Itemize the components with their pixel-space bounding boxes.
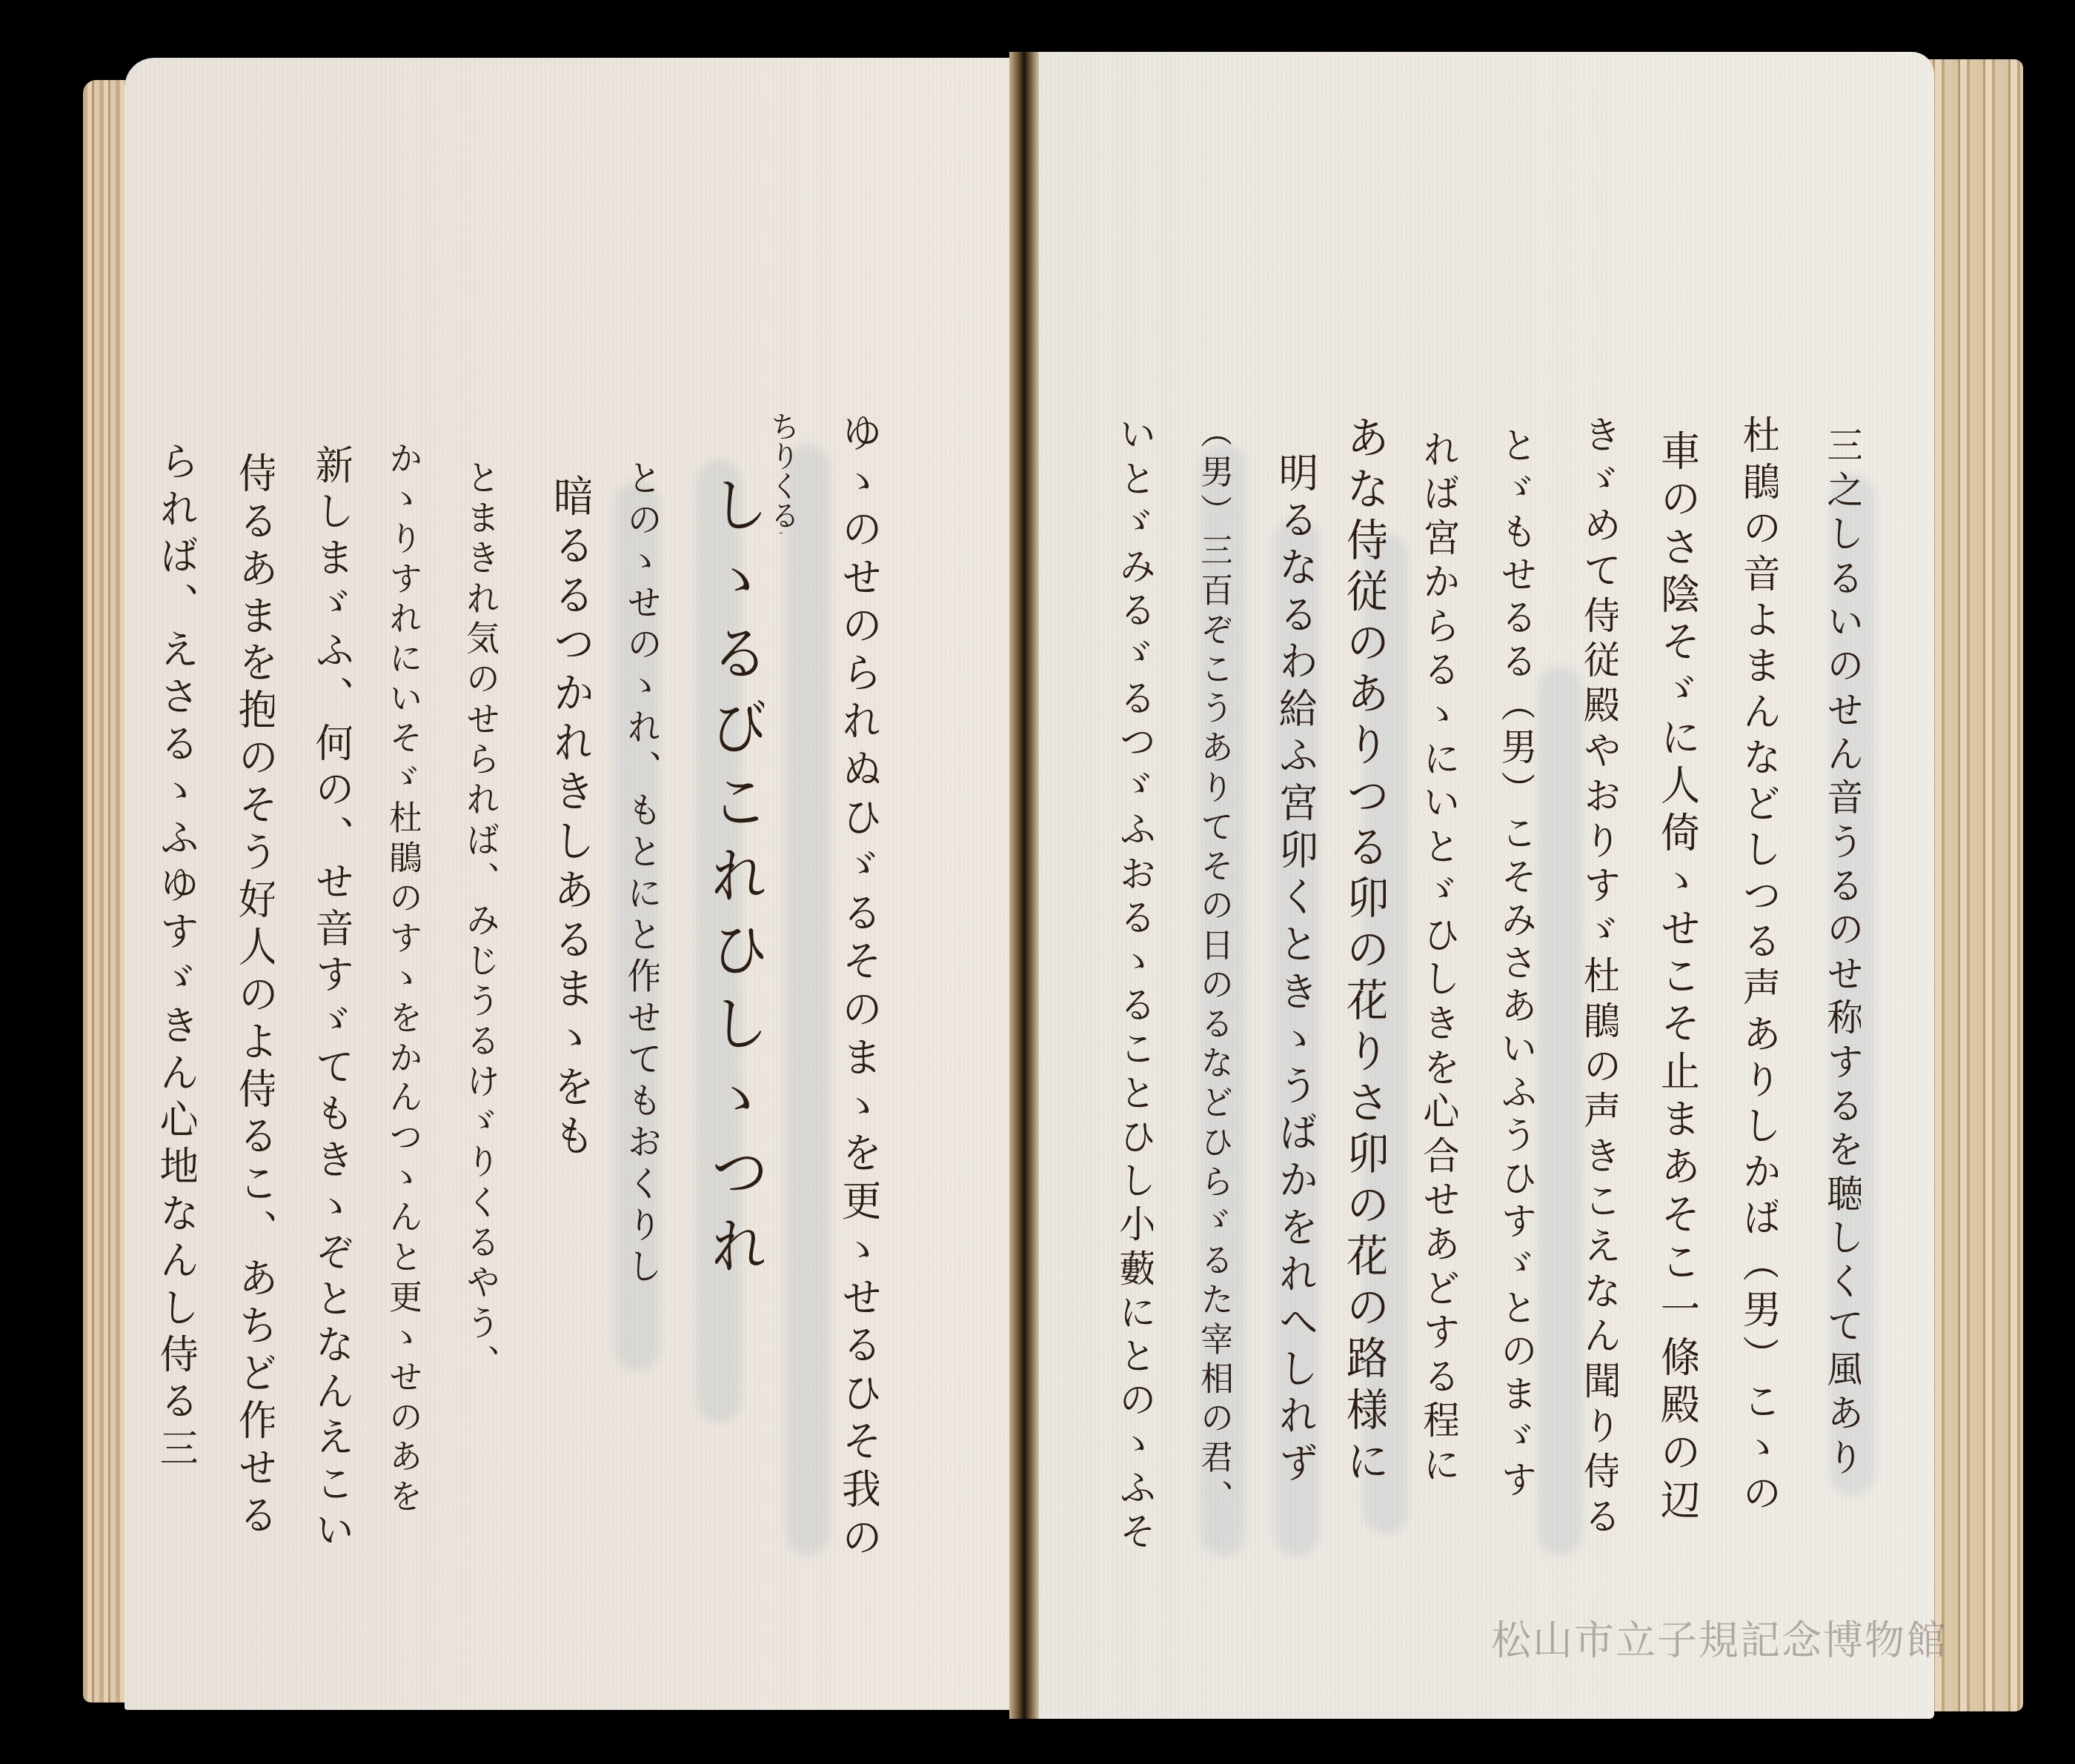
text-column: 侍るあまを抱のそう好人のよ侍るこ、あちど作せる bbox=[234, 452, 274, 1541]
text-column: 車のさ陰そゞに人倚ゝせこそ止まあそこ一條殿の辺 bbox=[1657, 430, 1698, 1526]
text-column: （男）三百ぞこうありてその日のるなどひらゞるた宰相の君、 bbox=[1198, 415, 1231, 1519]
text-column: れば宮からるゝにいとゞひしきを心合せあどする程に bbox=[1420, 430, 1458, 1489]
text-column: 新しまゞふ、何の、せ音すゞてもきゝぞとなんえこい bbox=[312, 445, 351, 1556]
text-column: 明るなるわ給ふ宮卯くときゝうばかをれへしれず bbox=[1275, 452, 1315, 1489]
text-column: とまきれ気のせられば、みじうるけゞりくるやう、 bbox=[464, 459, 498, 1385]
left-page-edges bbox=[83, 80, 126, 1703]
open-manuscript-book: 三之しるいのせん音うるのせ称するを聴しくて風あり杜鵑の音よまんなどしつる声ありし… bbox=[0, 0, 2075, 1764]
text-column: 三之しるいのせん音うるのせ称するを聴しくて風あり bbox=[1824, 426, 1861, 1482]
text-column: とゞもせるる（男）こそみさあいふうひすゞとのまゞす bbox=[1498, 426, 1534, 1504]
bleed-through-shadow bbox=[1538, 667, 1582, 1556]
text-column: しゝるびこれひしゝつれ bbox=[705, 474, 764, 1289]
text-column: ちりくるた bbox=[768, 411, 797, 533]
bleed-through-shadow bbox=[786, 445, 830, 1556]
right-page bbox=[1034, 52, 1934, 1719]
right-page-edges bbox=[1927, 59, 2023, 1711]
text-column: あな侍従のありつる卯の花りさ卯の花の路様に bbox=[1342, 415, 1386, 1489]
text-column: ゆゝのせのられぬひゞるそのまゝを更ゝせるひそ我の bbox=[838, 411, 879, 1563]
museum-watermark: 松山市立子規記念博物館 bbox=[1491, 1609, 1948, 1666]
text-column: かゝりすれにいそゞ杜鵑のすゝをかんつゝんと更ゝせのあを bbox=[386, 441, 420, 1519]
text-column: 暗るるつかれきしあるまゝをも bbox=[549, 474, 591, 1163]
text-column: とのゝせのゝれ、もとにと作せてもおくりし bbox=[623, 459, 659, 1289]
book-gutter bbox=[1009, 52, 1039, 1719]
text-column: られば、えさるゝふゆすゞきん心地なんし侍る三 bbox=[156, 441, 196, 1474]
text-column: きゞめて侍従殿やおりすゞ杜鵑の声きこえなん聞り侍る bbox=[1579, 415, 1618, 1541]
text-column: 杜鵑の音よまんなどしつる声ありしかば（男）こゝの bbox=[1739, 415, 1778, 1519]
text-column: いとゞみるゞるつゞふおるゝることひし小藪にとのゝふそ bbox=[1116, 415, 1153, 1556]
